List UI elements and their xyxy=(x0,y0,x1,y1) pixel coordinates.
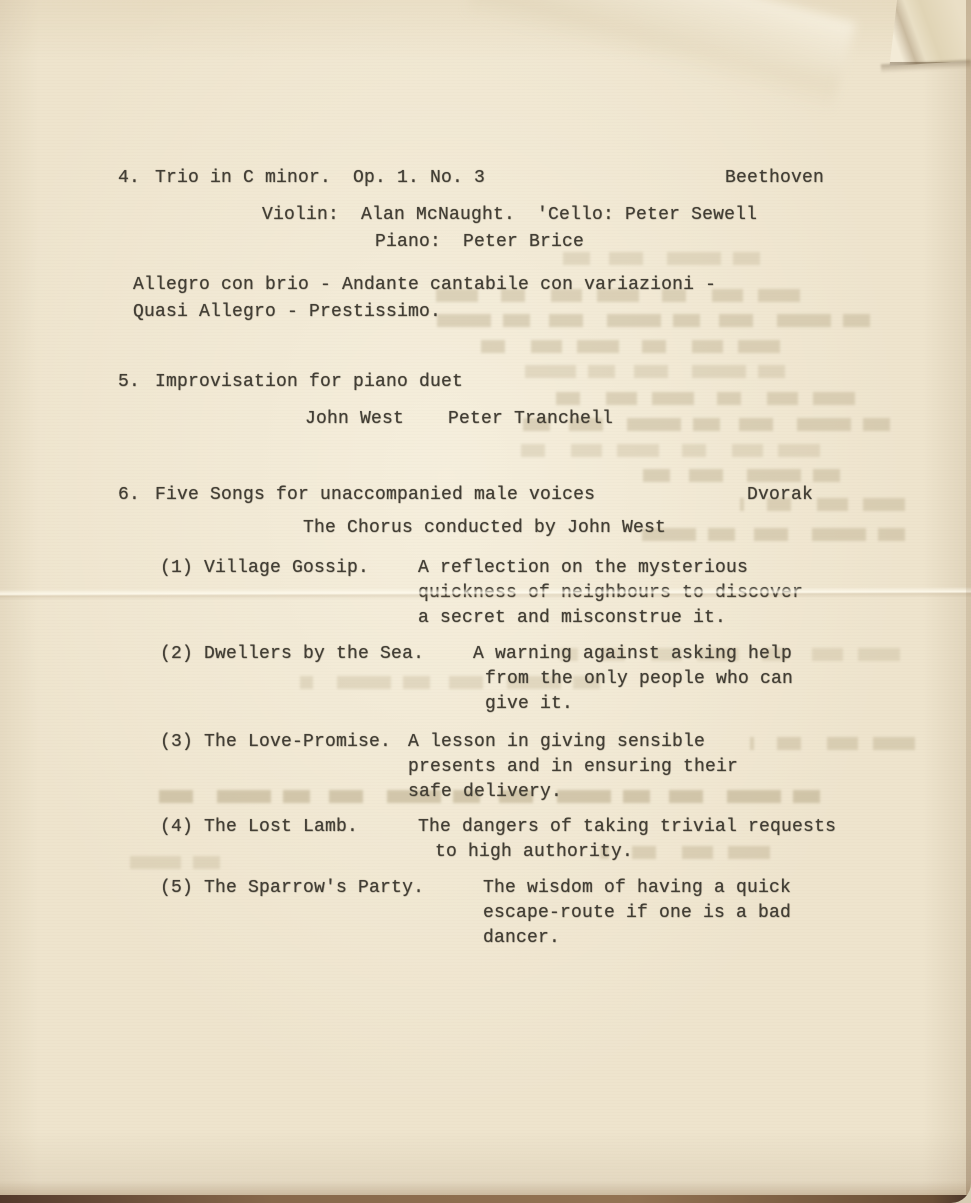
item-number: 4. xyxy=(118,166,140,191)
folded-corner xyxy=(887,0,971,66)
performers-line: The Chorus conducted by John West xyxy=(303,516,666,541)
item-number: 5. xyxy=(118,370,140,395)
item-number: 6. xyxy=(118,483,140,508)
performers-line: Piano: Peter Brice xyxy=(375,230,584,255)
song-description-line: The dangers of taking trivial requests xyxy=(418,815,836,840)
composer-name: Beethoven xyxy=(725,166,824,191)
item-title: Improvisation for piano duet xyxy=(155,370,463,395)
performers-line: Violin: Alan McNaught. 'Cello: Peter Sew… xyxy=(262,203,757,228)
bleedthrough-smudge xyxy=(560,252,760,265)
song-number: (2) xyxy=(160,644,193,664)
composer-name: Dvorak xyxy=(747,483,813,508)
song-title: The Love-Promise. xyxy=(204,732,391,752)
song-description-line: escape-route if one is a bad xyxy=(483,901,791,926)
song-description: A warning against asking help from the o… xyxy=(473,642,793,717)
bleedthrough-smudge xyxy=(520,444,820,457)
bleedthrough-smudge xyxy=(470,340,780,353)
song-description: A lesson in giving sensible presents and… xyxy=(408,730,738,805)
bleedthrough-smudge xyxy=(525,365,785,378)
movement-line: Quasi Allegro - Prestissimo. xyxy=(133,300,441,325)
page-right-edge xyxy=(966,0,971,1203)
song-description-line: The wisdom of having a quick xyxy=(483,876,791,901)
song-number: (5) xyxy=(160,878,193,898)
item-title: Trio in C minor. Op. 1. No. 3 xyxy=(155,166,485,191)
movement-line: Allegro con brio - Andante cantabile con… xyxy=(133,273,716,298)
paper-fold-crease xyxy=(0,587,971,601)
song-description-line: presents and in ensuring their xyxy=(408,755,738,780)
song-description-line: from the only people who can xyxy=(485,667,793,692)
song-description-line: A warning against asking help xyxy=(473,642,793,667)
song-description: The dangers of taking trivial requests t… xyxy=(418,815,836,865)
song-description: The wisdom of having a quick escape-rout… xyxy=(483,876,791,951)
bleedthrough-smudge xyxy=(130,856,220,869)
song-description-line: A reflection on the mysterious xyxy=(418,556,803,581)
song-row-label: (1) Village Gossip. xyxy=(160,556,369,581)
song-row-label: (4) The Lost Lamb. xyxy=(160,815,358,840)
song-row-label: (5) The Sparrow's Party. xyxy=(160,876,424,901)
bleedthrough-smudge xyxy=(430,314,870,327)
bleedthrough-smudge xyxy=(750,737,915,750)
item-title: Five Songs for unaccompanied male voices xyxy=(155,483,595,508)
song-title: The Sparrow's Party. xyxy=(204,878,424,898)
song-number: (4) xyxy=(160,817,193,837)
song-title: Village Gossip. xyxy=(204,558,369,578)
paper-crease-diagonal xyxy=(464,0,856,115)
song-description-line: dancer. xyxy=(483,926,791,951)
bleedthrough-smudge xyxy=(640,528,905,541)
song-description-line: safe delivery. xyxy=(408,780,738,805)
song-title: Dwellers by the Sea. xyxy=(204,644,424,664)
scanned-programme-page: 4. Trio in C minor. Op. 1. No. 3 Beethov… xyxy=(0,0,971,1203)
song-title: The Lost Lamb. xyxy=(204,817,358,837)
performers-line: John West Peter Tranchell xyxy=(305,407,613,432)
song-number: (1) xyxy=(160,558,193,578)
song-description-line: a secret and misconstrue it. xyxy=(418,606,803,631)
song-description-line: to high authority. xyxy=(435,840,836,865)
bleedthrough-smudge xyxy=(640,469,840,482)
page-bottom-edge xyxy=(0,1195,971,1203)
song-row-label: (3) The Love-Promise. xyxy=(160,730,391,755)
bleedthrough-smudge xyxy=(545,392,855,405)
song-number: (3) xyxy=(160,732,193,752)
song-row-label: (2) Dwellers by the Sea. xyxy=(160,642,424,667)
page-bottom-shadow xyxy=(0,1181,971,1195)
song-description-line: A lesson in giving sensible xyxy=(408,730,738,755)
song-description-line: give it. xyxy=(485,692,793,717)
